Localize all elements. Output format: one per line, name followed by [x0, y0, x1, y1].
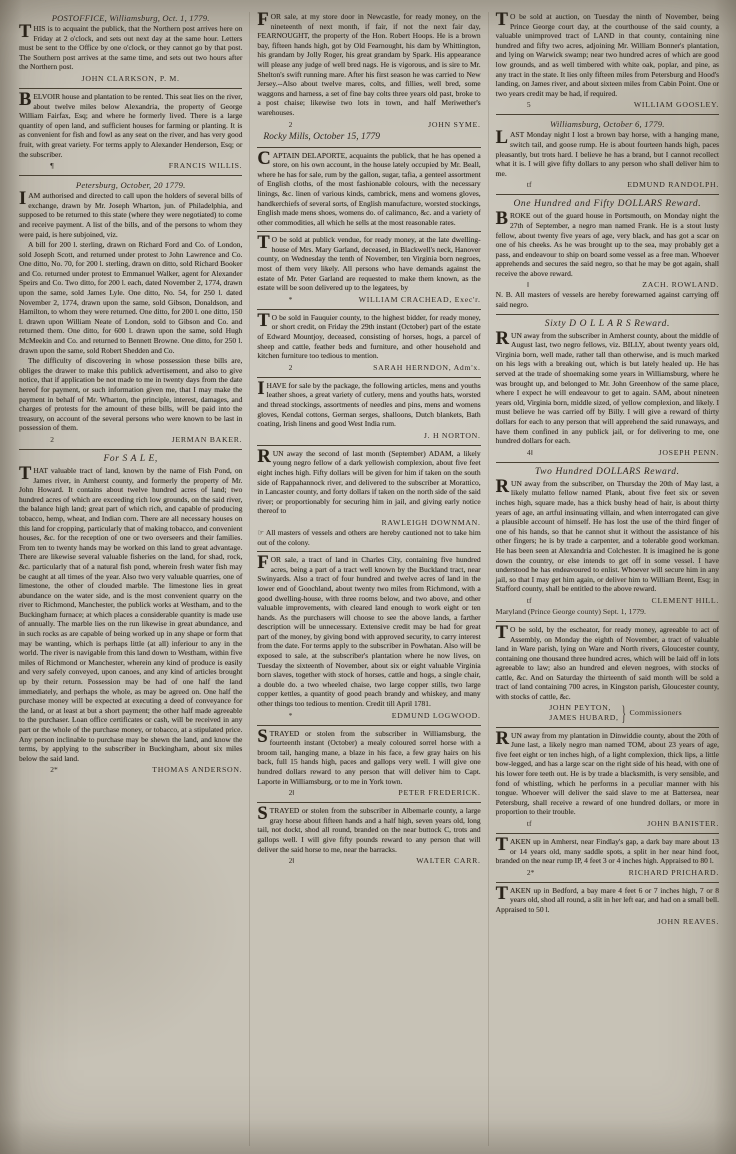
ad-charles-city-land: FOR sale, a tract of land in Charles Cit…	[257, 551, 480, 721]
ad-strayed-gray-horse: STRAYED or stolen from the subscriber in…	[257, 802, 480, 866]
commissioner-names: JOHN PEYTON, JAMES HUBARD,	[549, 703, 618, 723]
columns-container: POSTOFFICE, Williamsburg, Oct. 1, 1779. …	[12, 12, 726, 1146]
ad-postscript: N. B. All masters of vessels are hereby …	[496, 290, 719, 309]
insertion-marker: tf	[527, 818, 532, 829]
signature-line: JOHN REAVES.	[496, 916, 719, 927]
ad-body: TO be sold, by the escheator, for ready …	[496, 625, 719, 702]
ad-body: FOR sale, a tract of land in Charles Cit…	[257, 555, 480, 709]
signature: JOHN REAVES.	[657, 916, 719, 927]
insertion-marker: 2‖	[289, 855, 295, 866]
ad-taken-up-bedford-mare: TAKEN up in Bedford, a bay mare 4 feet 6…	[496, 882, 719, 927]
ad-body: CAPTAIN DELAPORTE, acquaints the publick…	[257, 151, 480, 228]
signature: SARAH HERNDON, Adm'x.	[373, 362, 481, 373]
ad-body: TO be sold at publick vendue, for ready …	[257, 235, 480, 293]
insertion-marker: 2*	[527, 867, 535, 878]
commissioner-name: JOHN PEYTON,	[549, 703, 618, 713]
drop-cap: R	[496, 731, 511, 748]
drop-cap: R	[257, 449, 272, 466]
signature-line: 2‖PETER FREDERICK.	[257, 787, 480, 798]
signature: J. H NORTON.	[424, 430, 481, 441]
drop-cap: T	[19, 24, 33, 41]
commissioner-name: JAMES HUBARD,	[549, 713, 618, 723]
signature-line: tfCLEMENT HILL.	[496, 595, 719, 606]
ad-postscript: ☞ All masters of vessels and others are …	[257, 528, 480, 547]
reward-heading: One Hundred and Fifty DOLLARS Reward.	[496, 199, 719, 209]
drop-cap: T	[257, 313, 271, 330]
ad-reward-200-dollars: Two Hundred DOLLARS Reward. RUN away fro…	[496, 462, 719, 617]
ad-body: RUN away the second of last month (Septe…	[257, 449, 480, 516]
insertion-marker: 2	[289, 362, 293, 373]
signature-line: 5WILLIAM GOOSLEY.	[496, 99, 719, 110]
signature-line: 2JOHN SYME.	[257, 119, 480, 130]
insertion-marker: tf	[527, 179, 532, 190]
ad-runaway-adam: RUN away the second of last month (Septe…	[257, 445, 480, 547]
ad-dateline: POSTOFFICE, Williamsburg, Oct. 1, 1779.	[19, 13, 242, 23]
drop-cap: T	[496, 837, 510, 854]
signature-line: 4‖JOSEPH PENN.	[496, 447, 719, 458]
ad-norton-goods: IHAVE for sale by the package, the follo…	[257, 377, 480, 441]
signature-line: J. H NORTON.	[257, 430, 480, 441]
drop-cap: R	[496, 331, 511, 348]
ad-strayed-sorrel-horse: STRAYED or stolen from the subscriber in…	[257, 725, 480, 799]
ad-body: TO be sold at auction, on Tuesday the ni…	[496, 12, 719, 98]
ad-postoffice-notice: POSTOFFICE, Williamsburg, Oct. 1, 1779. …	[19, 13, 242, 84]
signature-line: 2‖WALTER CARR.	[257, 855, 480, 866]
drop-cap: C	[257, 151, 272, 168]
signature-line: 2*THOMAS ANDERSON.	[19, 764, 242, 775]
ad-body: TAKEN up in Bedford, a bay mare 4 feet 6…	[496, 886, 719, 915]
insertion-marker: *	[289, 294, 293, 305]
ad-body: TAKEN up in Amherst, near Findlay's gap,…	[496, 837, 719, 866]
insertion-marker: 2*	[50, 764, 58, 775]
drop-cap: L	[496, 130, 510, 147]
drop-cap: F	[257, 555, 270, 572]
signature: EDMUND RANDOLPH.	[627, 179, 719, 190]
signature: RICHARD PRICHARD.	[629, 867, 719, 878]
insertion-marker: 2	[50, 434, 54, 445]
ad-escheator-gloucester-sale: TO be sold, by the escheator, for ready …	[496, 621, 719, 723]
signature: FRANCIS WILLIS.	[169, 160, 243, 171]
ad-place-dateline: Maryland (Prince George county) Sept. 1,…	[496, 607, 719, 617]
reward-heading: Two Hundred DOLLARS Reward.	[496, 467, 719, 477]
ad-bills-of-exchange: Petersburg, October, 20 1779. IAM author…	[19, 175, 242, 445]
insertion-marker: *	[289, 710, 293, 721]
insertion-marker: tf	[527, 595, 532, 606]
signature-line: *WILLIAM CRACHEAD, Exec'r.	[257, 294, 480, 305]
drop-cap: T	[496, 625, 510, 642]
column-2: FOR sale, at my store door in Newcastle,…	[249, 12, 487, 1146]
signature-line: tfEDMUND RANDOLPH.	[496, 179, 719, 190]
ad-delaporte-store: CAPTAIN DELAPORTE, acquaints the publick…	[257, 147, 480, 228]
signature-line: ¶FRANCIS WILLIS.	[19, 160, 242, 171]
ad-body: IAM authorised and directed to call upon…	[19, 191, 242, 239]
signature-line: 2SARAH HERNDON, Adm'x.	[257, 362, 480, 373]
ad-fauquier-estate-sale: TO be sold in Fauquier county, to the hi…	[257, 309, 480, 373]
signature: RAWLEIGH DOWNMAN.	[381, 517, 480, 528]
signature: JOHN CLARKSON, P. M.	[82, 73, 180, 84]
ad-body: LAST Monday night I lost a brown bay hor…	[496, 130, 719, 178]
signature: EDMUND LOGWOOD.	[392, 710, 481, 721]
signature-line: ‖ZACH. ROWLAND.	[496, 279, 719, 290]
signature: WILLIAM CRACHEAD, Exec'r.	[359, 294, 481, 305]
ad-body-2: A bill for 200 l. sterling, drawn on Ric…	[19, 240, 242, 355]
ad-body: RUN away from my plantation in Dinwiddie…	[496, 731, 719, 817]
commissioner-role: Commissioners	[630, 708, 682, 717]
drop-cap: I	[19, 191, 28, 208]
ad-dateline: Petersburg, October, 20 1779.	[19, 180, 242, 190]
drop-cap: I	[257, 381, 266, 398]
reward-heading: Sixty D O L L A R S Reward.	[496, 319, 719, 329]
drop-cap: F	[257, 12, 270, 29]
signature: JOHN SYME.	[428, 119, 481, 130]
ad-taken-up-amherst-mare: TAKEN up in Amherst, near Findlay's gap,…	[496, 833, 719, 878]
drop-cap: T	[496, 886, 510, 903]
ad-body: FOR sale, at my store door in Newcastle,…	[257, 12, 480, 118]
insertion-marker: 4‖	[527, 447, 533, 458]
signature-line: 2*RICHARD PRICHARD.	[496, 867, 719, 878]
drop-cap: R	[496, 479, 511, 496]
drop-cap: T	[496, 12, 510, 29]
drop-cap: S	[257, 806, 269, 823]
signature: ZACH. ROWLAND.	[642, 279, 719, 290]
ad-dateline: Williamsburg, October 6, 1779.	[496, 119, 719, 129]
ad-body: RUN away from the subscriber, on Thursda…	[496, 479, 719, 594]
ad-body: RUN away from the subscriber in Amherst …	[496, 331, 719, 446]
signature-line: RAWLEIGH DOWNMAN.	[257, 517, 480, 528]
signature: PETER FREDERICK.	[398, 787, 480, 798]
ad-runaway-tom: RUN away from my plantation in Dinwiddie…	[496, 727, 719, 829]
signature: THOMAS ANDERSON.	[152, 764, 242, 775]
insertion-marker: ¶	[50, 160, 53, 171]
brace-glyph: }	[622, 701, 627, 724]
ad-reward-150-dollars: One Hundred and Fifty DOLLARS Reward. BR…	[496, 194, 719, 309]
ad-fearnought-horse-sale: FOR sale, at my store door in Newcastle,…	[257, 12, 480, 143]
ad-fish-pond-land-sale: For S A L E, THAT valuable tract of land…	[19, 449, 242, 775]
signature-line: JOHN CLARKSON, P. M.	[19, 73, 242, 84]
ad-body: THAT valuable tract of land, known by th…	[19, 466, 242, 763]
ad-place-dateline: Rocky Mills, October 15, 1779	[263, 131, 480, 143]
insertion-marker: ‖	[527, 279, 529, 290]
signature: WILLIAM GOOSLEY.	[634, 99, 719, 110]
drop-cap: B	[496, 211, 510, 228]
ad-body: BROKE out of the guard house in Portsmou…	[496, 211, 719, 278]
ad-lost-bay-horse: Williamsburg, October 6, 1779. LAST Mond…	[496, 114, 719, 190]
ad-body: STRAYED or stolen from the subscriber in…	[257, 806, 480, 854]
column-3: TO be sold at auction, on Tuesday the ni…	[488, 12, 726, 1146]
ad-body: THIS is to acquaint the publick, that th…	[19, 24, 242, 72]
ad-body: IHAVE for sale by the package, the follo…	[257, 381, 480, 429]
ad-heading: For S A L E,	[19, 454, 242, 464]
signature-line: 2JERMAN BAKER.	[19, 434, 242, 445]
ad-reward-60-dollars: Sixty D O L L A R S Reward. RUN away fro…	[496, 314, 719, 458]
insertion-marker: 2‖	[289, 787, 295, 798]
signature: JOSEPH PENN.	[659, 447, 719, 458]
ad-garland-vendue: TO be sold at publick vendue, for ready …	[257, 231, 480, 305]
drop-cap: T	[257, 235, 271, 252]
ad-belvoir-rental: BELVOIR house and plantation to be rente…	[19, 88, 242, 171]
signature: CLEMENT HILL.	[652, 595, 719, 606]
signature: JOHN BANISTER.	[647, 818, 719, 829]
drop-cap: T	[19, 466, 33, 483]
signature-line: *EDMUND LOGWOOD.	[257, 710, 480, 721]
newspaper-page: POSTOFFICE, Williamsburg, Oct. 1, 1779. …	[0, 0, 736, 1154]
insertion-marker: 5	[527, 99, 531, 110]
signature: JERMAN BAKER.	[172, 434, 243, 445]
ad-body-3: The difficulty of discovering in whose p…	[19, 356, 242, 433]
commissioners-signature: JOHN PEYTON, JAMES HUBARD, } Commissione…	[549, 703, 719, 723]
signature-line: tfJOHN BANISTER.	[496, 818, 719, 829]
column-1: POSTOFFICE, Williamsburg, Oct. 1, 1779. …	[12, 12, 249, 1146]
ad-prince-george-auction: TO be sold at auction, on Tuesday the ni…	[496, 12, 719, 110]
ad-body: STRAYED or stolen from the subscriber in…	[257, 729, 480, 787]
drop-cap: S	[257, 729, 269, 746]
ad-body: BELVOIR house and plantation to be rente…	[19, 92, 242, 159]
drop-cap: B	[19, 92, 33, 109]
signature: WALTER CARR.	[416, 855, 480, 866]
insertion-marker: 2	[289, 119, 293, 130]
ad-body: TO be sold in Fauquier county, to the hi…	[257, 313, 480, 361]
